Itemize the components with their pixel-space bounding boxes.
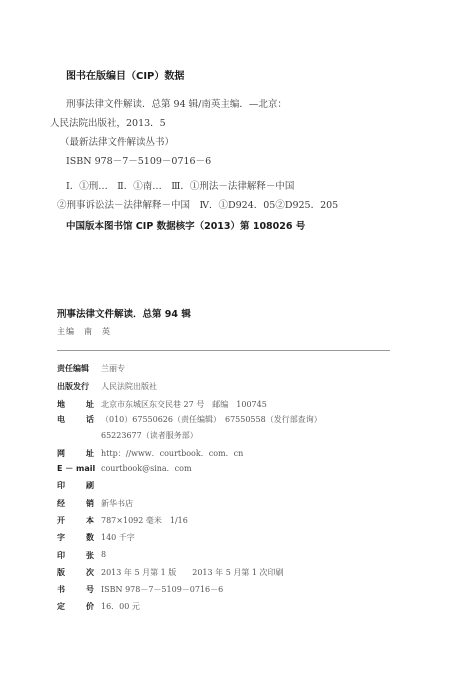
colophon-value: （010）67550626（责任编辑） 67550558（发行部查询） xyxy=(101,414,322,425)
colophon-row: 书号 ISBN 978－7－5109－0716－6 xyxy=(57,584,223,595)
colophon-value: courtbook@sina．com xyxy=(101,463,192,474)
cip-line: ISBN 978－7－5109－0716－6 xyxy=(66,153,211,167)
colophon-row: 责任编辑 兰丽专 xyxy=(57,363,125,374)
colophon-row: 字数 140 千字 xyxy=(57,532,135,543)
cip-line: 人民法院出版社，2013．5 xyxy=(50,115,166,129)
cip-line: Ⅰ．①刑… Ⅱ．①南… Ⅲ．①刑法－法律解释－中国 xyxy=(66,178,294,192)
book-editor: 主编 南 英 xyxy=(57,326,111,337)
colophon-row: 印刷 xyxy=(57,480,101,491)
colophon-label: 版次 xyxy=(57,567,101,578)
cip-title: 图书在版编目（CIP）数据 xyxy=(66,67,184,82)
colophon-value: 兰丽专 xyxy=(101,363,125,374)
colophon-label xyxy=(57,430,101,441)
cip-line: ②刑事诉讼法－法律解释－中国 Ⅳ．①D924．05②D925．205 xyxy=(57,197,338,211)
colophon-row: 出版发行 人民法院出版社 xyxy=(57,381,157,392)
colophon-value: 人民法院出版社 xyxy=(101,381,157,392)
cip-verification-number: 中国版本图书馆 CIP 数据核字（2013）第 108026 号 xyxy=(66,218,305,232)
colophon-row: 定价 16．00 元 xyxy=(57,601,140,612)
book-title: 刑事法律文件解读．总第 94 辑 xyxy=(57,306,191,320)
colophon-row: 网址 http：//www．courtbook．com．cn xyxy=(57,448,243,459)
colophon-row: 地址 北京市东城区东交民巷 27 号 邮编 100745 xyxy=(57,399,267,410)
colophon-row: 印张 8 xyxy=(57,550,106,561)
colophon-value: 787×1092 毫米 1/16 xyxy=(101,515,188,526)
colophon-label: 责任编辑 xyxy=(57,363,101,374)
colophon-label: 开本 xyxy=(57,515,101,526)
colophon-row: 电话 （010）67550626（责任编辑） 67550558（发行部查询） xyxy=(57,414,322,425)
colophon-label: 印张 xyxy=(57,550,101,561)
colophon-label: 地址 xyxy=(57,399,101,410)
colophon-value: 北京市东城区东交民巷 27 号 邮编 100745 xyxy=(101,399,267,410)
colophon-label: E － mail xyxy=(57,463,101,474)
colophon-row: E － mail courtbook@sina．com xyxy=(57,463,192,474)
cip-line: （最新法律文件解读丛书） xyxy=(60,134,174,148)
colophon-label: 印刷 xyxy=(57,480,101,491)
colophon-row: 经销 新华书店 xyxy=(57,498,133,509)
colophon-value: 16．00 元 xyxy=(101,601,140,612)
colophon-row: 开本 787×1092 毫米 1/16 xyxy=(57,515,188,526)
colophon-value: 2013 年 5 月第 1 版 2013 年 5 月第 1 次印刷 xyxy=(101,567,284,578)
colophon-label: 书号 xyxy=(57,584,101,595)
divider xyxy=(57,350,390,351)
colophon-value: ISBN 978－7－5109－0716－6 xyxy=(101,584,223,595)
colophon-value: 8 xyxy=(101,550,106,561)
cip-line: 刑事法律文件解读．总第 94 辑/南英主编．—北京： xyxy=(66,96,287,110)
colophon-label: 字数 xyxy=(57,532,101,543)
colophon-value: http：//www．courtbook．com．cn xyxy=(101,448,243,459)
colophon-value: 140 千字 xyxy=(101,532,135,543)
colophon-label: 电话 xyxy=(57,414,101,425)
colophon-label: 出版发行 xyxy=(57,381,101,392)
colophon-row: 65223677（读者服务部） xyxy=(57,430,198,441)
colophon-value: 新华书店 xyxy=(101,498,133,509)
colophon-label: 网址 xyxy=(57,448,101,459)
colophon-value: 65223677（读者服务部） xyxy=(101,430,198,441)
colophon-label: 定价 xyxy=(57,601,101,612)
colophon-row: 版次 2013 年 5 月第 1 版 2013 年 5 月第 1 次印刷 xyxy=(57,567,284,578)
colophon-label: 经销 xyxy=(57,498,101,509)
